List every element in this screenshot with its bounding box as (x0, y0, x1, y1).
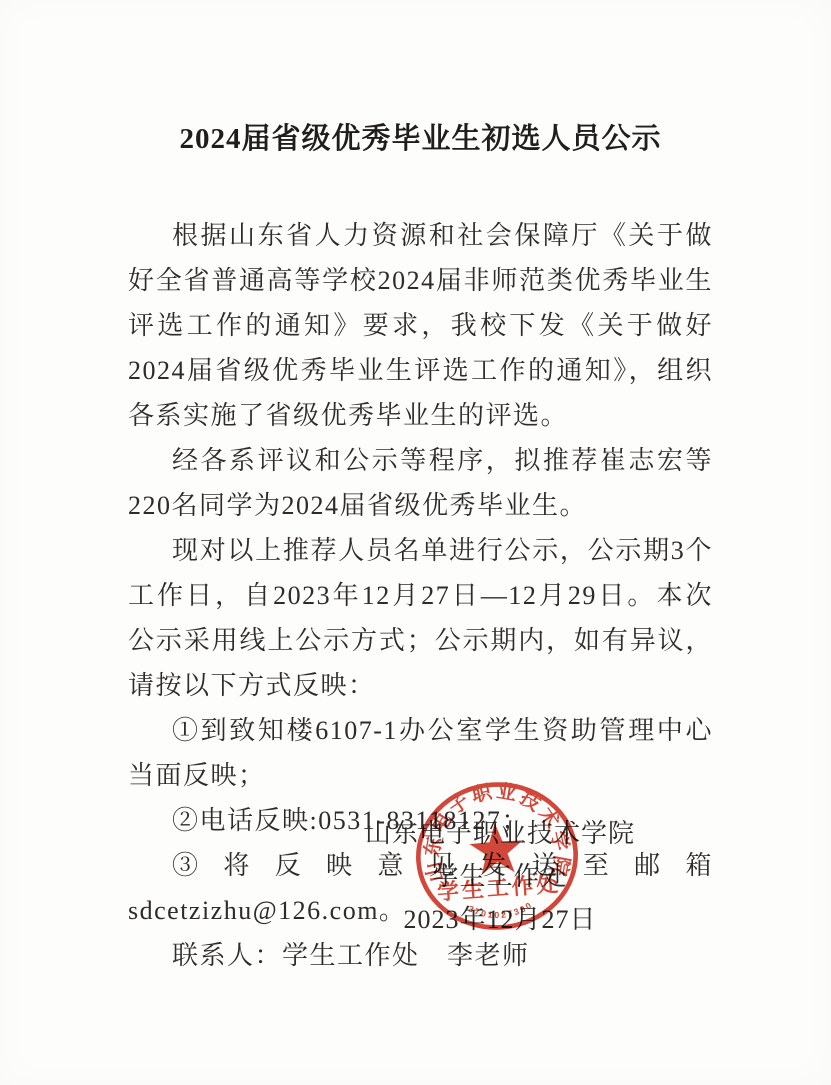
seal-banner-text: 学生工作处 (436, 871, 562, 905)
doc-title: 2024届省级优秀毕业生初选人员公示 (128, 123, 713, 155)
paragraph: 根据山东省人力资源和社会保障厅《关于做好全省普通高等学校2024届非师范类优秀毕… (128, 213, 713, 438)
paragraph: 现对以上推荐人员名单进行公示，公示期3个工作日，自2023年12月27日—12月… (128, 528, 713, 708)
seal-star-icon (468, 821, 525, 875)
paragraph: 经各系评议和公示等程序，拟推荐崔志宏等220名同学为2024届省级优秀毕业生。 (128, 438, 713, 528)
document-page: 2024届省级优秀毕业生初选人员公示 根据山东省人力资源和社会保障厅《关于做好全… (0, 0, 831, 1085)
official-seal: 山东电子职业技术学院 学生工作处 3701027390 (403, 762, 591, 950)
seal-serial: 3701027390 (466, 899, 535, 922)
